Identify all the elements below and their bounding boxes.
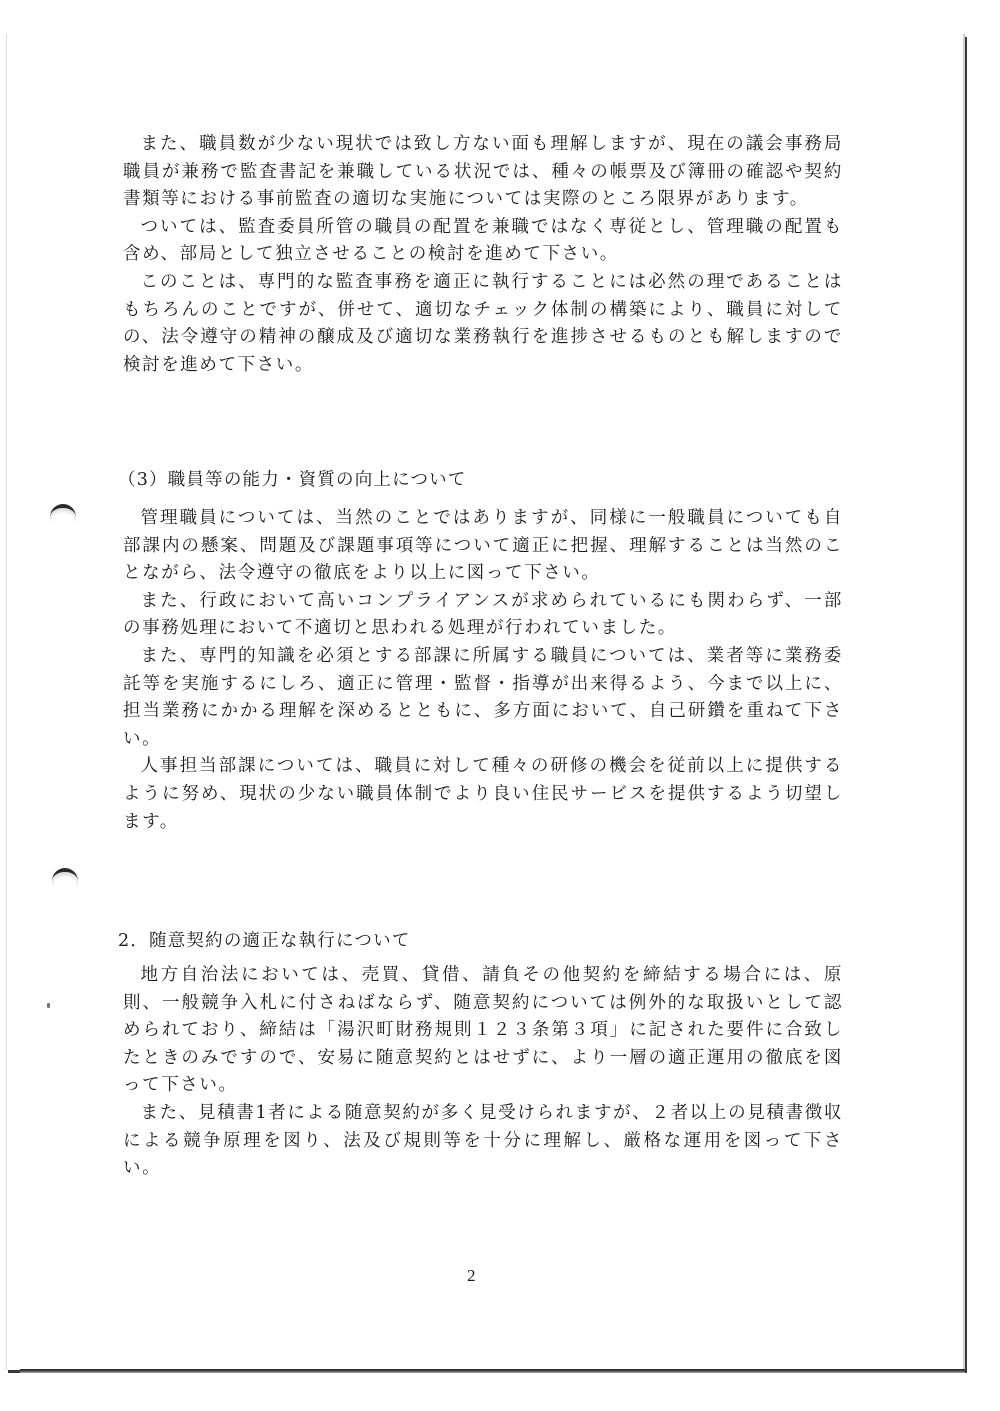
section-heading-2: 2．随意契約の適正な執行について	[118, 927, 410, 952]
paragraph: 人事担当部課については、職員に対して種々の研修の機会を従前以上に提供するように努…	[123, 753, 843, 836]
section-heading-3: （3）職員等の能力・資質の向上について	[118, 466, 467, 491]
paragraph: ついては、監査委員所管の職員の配置を兼職ではなく専従とし、管理職の配置も含め、部…	[123, 214, 843, 269]
paragraph: このことは、専門的な監査事務を適正に執行することには必然の理であることはもちろん…	[123, 269, 843, 379]
paragraph: また、見積書1者による随意契約が多く見受けられますが、２者以上の見積書徴収による…	[123, 1100, 843, 1183]
section-2-body: 地方自治法においては、売買、貸借、請負その他契約を締結する場合には、原則、一般競…	[123, 962, 843, 1183]
paragraph: また、職員数が少ない現状では致し方ない面も理解しますが、現在の議会事務局職員が兼…	[123, 131, 843, 214]
paragraph: 管理職員については、当然のことではありますが、同様に一般職員についても自部課内の…	[123, 505, 843, 588]
section-3-body: 管理職員については、当然のことではありますが、同様に一般職員についても自部課内の…	[123, 505, 843, 836]
paragraph: また、専門的知識を必須とする部課に所属する職員については、業者等に業務委託等を実…	[123, 643, 843, 753]
paragraph: また、行政において高いコンプライアンスが求められているにも関わらず、一部の事務処…	[123, 588, 843, 643]
paragraph: 地方自治法においては、売買、貸借、請負その他契約を締結する場合には、原則、一般競…	[123, 962, 843, 1100]
page-number: 2	[467, 1266, 476, 1286]
intro-continuation-block: また、職員数が少ない現状では致し方ない面も理解しますが、現在の議会事務局職員が兼…	[123, 131, 843, 379]
page-edge-shadow	[20, 1369, 965, 1373]
scan-speck	[47, 1003, 50, 1008]
